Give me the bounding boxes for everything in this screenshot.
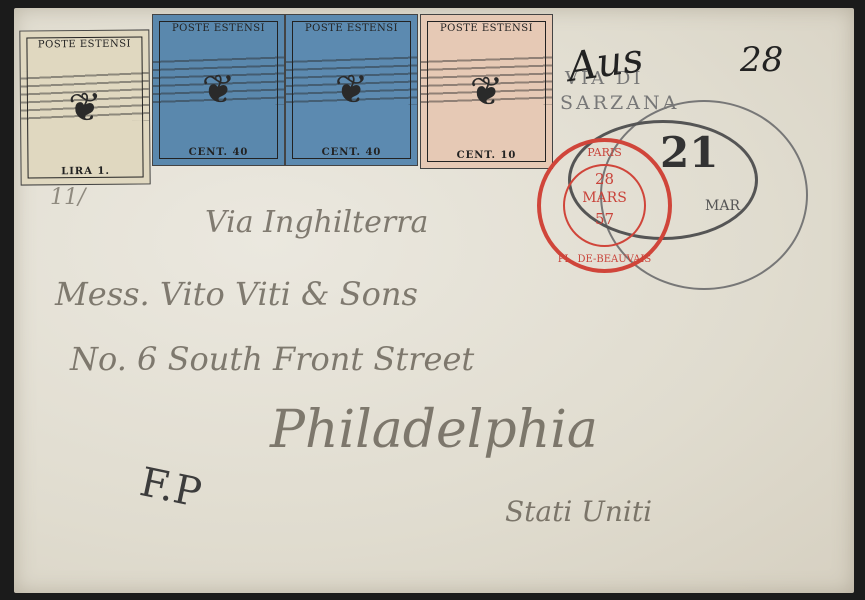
stamp-value: CENT. 40 [163, 147, 274, 158]
red-day: 28 [541, 170, 668, 188]
address-line-1: Via Inghilterra [205, 205, 428, 240]
side-note: 11/ [50, 185, 85, 210]
address-line-2: Mess. Vito Viti & Sons [55, 275, 418, 313]
stamp-cent-40-left: POSTE ESTENSI ❦ CENT. 40 [152, 14, 285, 166]
stamp-header: POSTE ESTENSI [431, 23, 542, 34]
red-ring-top: PARIS [541, 146, 668, 159]
stamp-cent-10: POSTE ESTENSI ❦ CENT. 10 [420, 14, 553, 169]
manuscript-corner-number: 28 [740, 40, 783, 80]
stamp-header: POSTE ESTENSI [296, 23, 407, 34]
paris-red-datestamp: 28 MARS 57 PARIS PL. DE-BEAUVAIS [537, 138, 672, 273]
stamp-header: POSTE ESTENSI [30, 39, 138, 51]
stamp-value: CENT. 40 [296, 147, 407, 158]
oval-month: MAR [705, 198, 740, 214]
stamp-header: POSTE ESTENSI [163, 23, 274, 34]
stamp-cent-40-right: POSTE ESTENSI ❦ CENT. 40 [285, 14, 418, 166]
eagle-icon: ❦ [202, 67, 236, 113]
stamp-lira-1: POSTE ESTENSI ❦ LIRA 1. [19, 29, 150, 185]
eagle-icon: ❦ [470, 69, 504, 115]
stamp-value: LIRA 1. [32, 166, 140, 178]
eagle-icon: ❦ [68, 84, 102, 130]
red-ring-bottom: PL. DE-BEAUVAIS [541, 254, 668, 265]
red-year: 57 [541, 210, 668, 228]
eagle-icon: ❦ [335, 67, 369, 113]
address-line-5: Stati Uniti [505, 495, 652, 528]
address-line-4: Philadelphia [270, 400, 598, 460]
address-line-3: No. 6 South Front Street [70, 340, 474, 378]
red-month: MARS [541, 190, 668, 206]
stamp-value: CENT. 10 [431, 150, 542, 161]
rate-number: 21 [660, 128, 718, 177]
